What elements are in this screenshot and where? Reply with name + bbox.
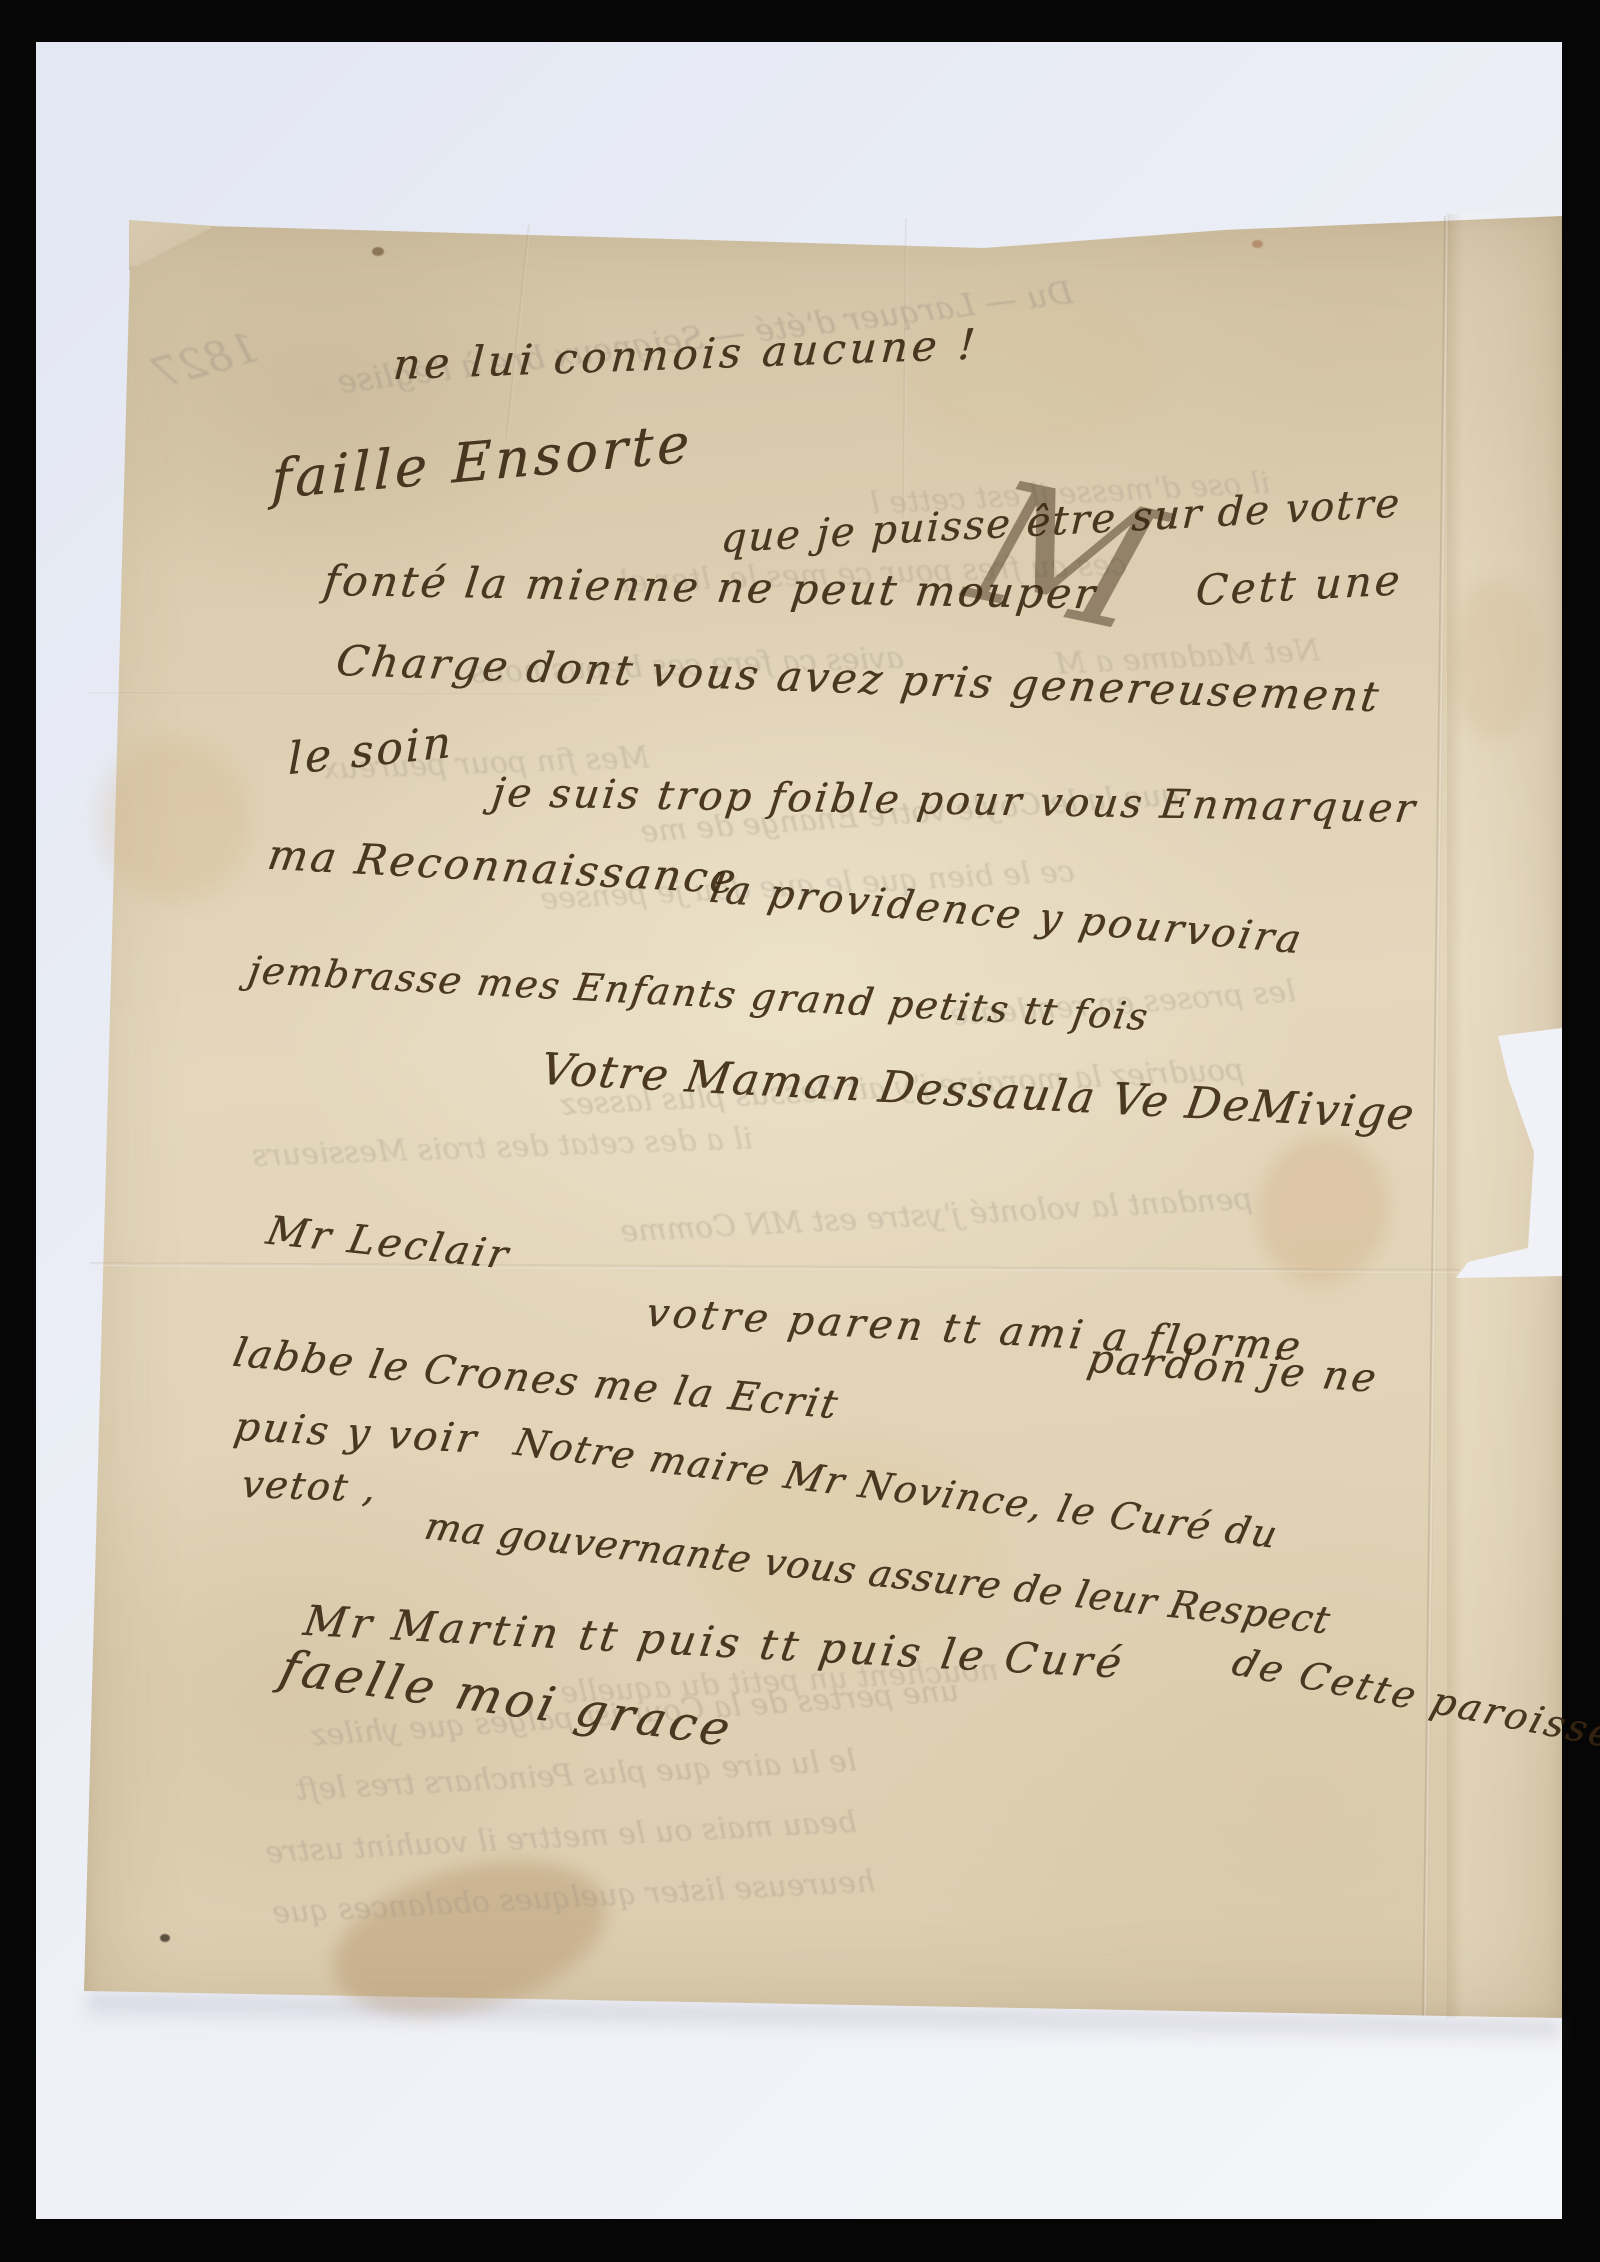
vertical-fold-flap bbox=[1447, 214, 1562, 2018]
letter-paper bbox=[84, 214, 1562, 2018]
scanned-letter-photo: Du — Larquer d'été — Seigneux bre à l'ég… bbox=[0, 0, 1600, 2262]
